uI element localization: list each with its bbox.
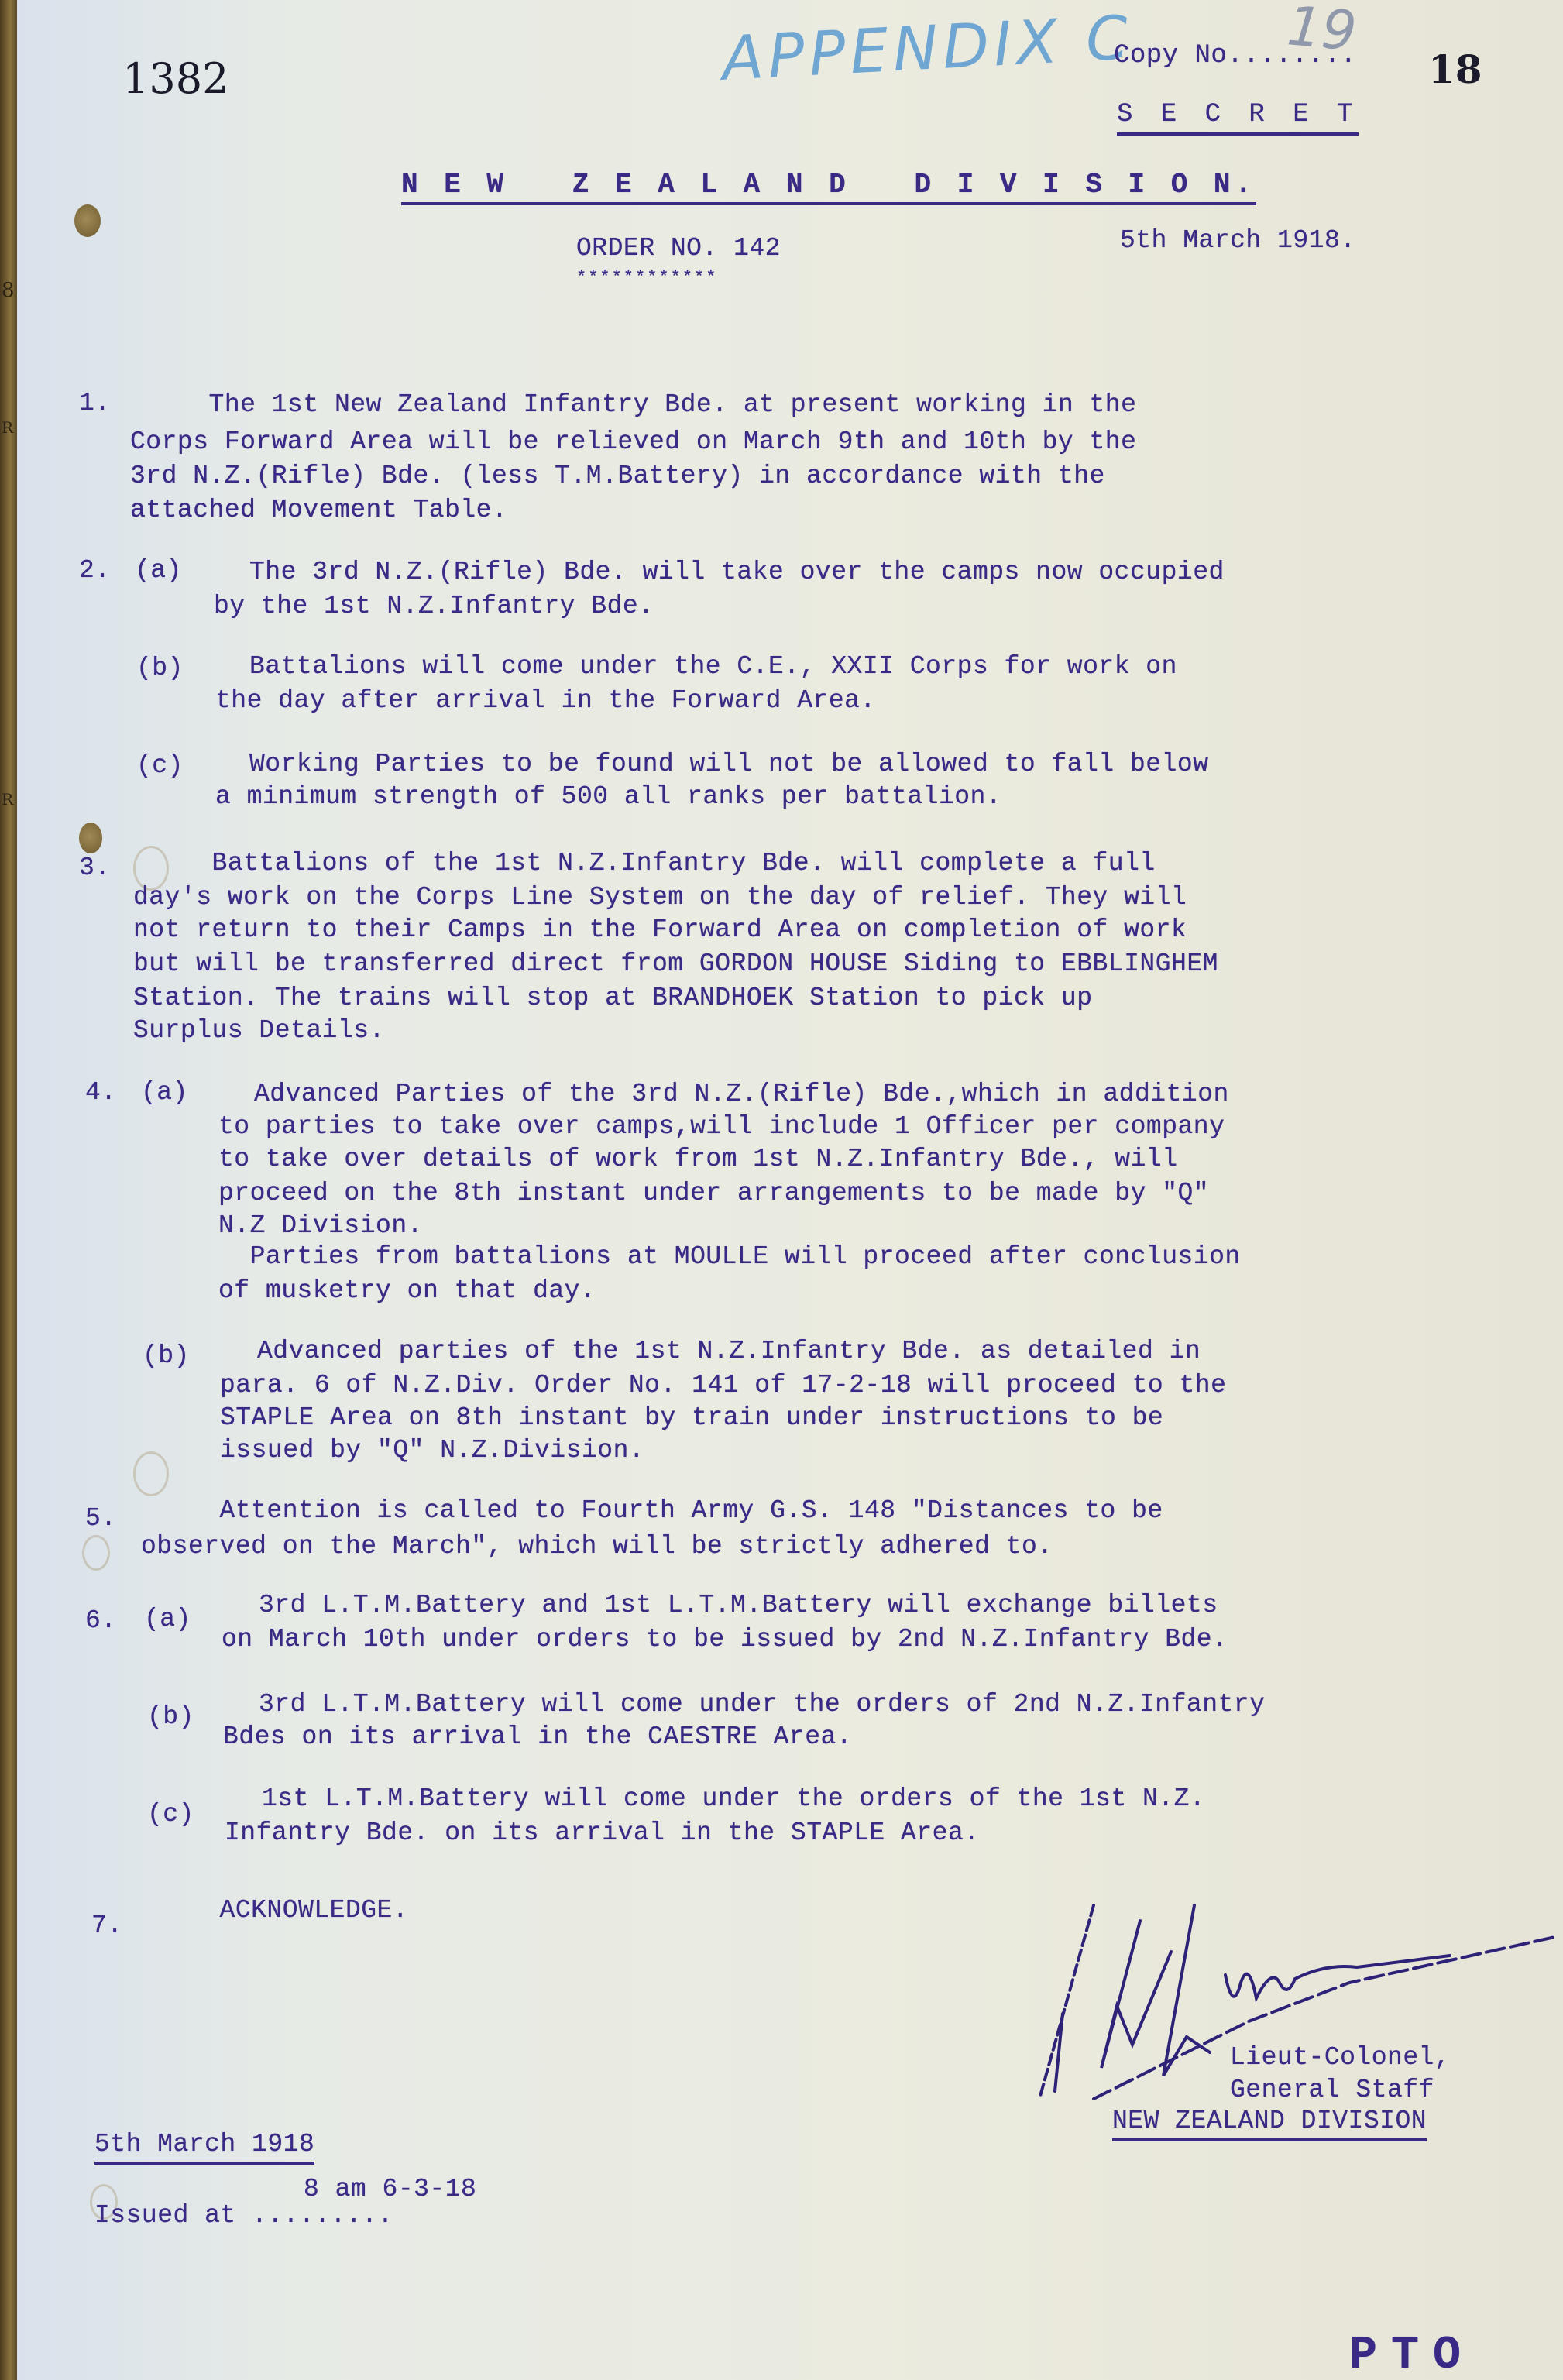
document-page: 1382 APPENDIX C Copy No........ 19 18 S … (17, 0, 1563, 2380)
para-4b-line: STAPLE Area on 8th instant by train unde… (220, 1402, 1163, 1434)
acknowledge-line: ACKNOWLEDGE. (141, 1894, 408, 1926)
punch-hole-ghost (82, 1535, 110, 1571)
para-1-line: 3rd N.Z.(Rifle) Bde. (less T.M.Battery) … (130, 460, 1105, 492)
para-3-line: day's work on the Corps Line System on t… (133, 881, 1187, 913)
para-6c-line: 1st L.T.M.Battery will come under the or… (262, 1783, 1205, 1815)
para-2a-line: by the 1st N.Z.Infantry Bde. (214, 590, 654, 622)
para-2a-line: The 3rd N.Z.(Rifle) Bde. will take over … (249, 556, 1225, 588)
copy-handwritten: 19 (1285, 0, 1359, 64)
margin-mark: R (2, 790, 13, 809)
binder-spine: 8 R R (0, 0, 17, 2380)
para-6b-line: Bdes on its arrival in the CAESTRE Area. (223, 1721, 852, 1753)
classification-secret: S E C R E T (1117, 99, 1359, 136)
para-2c-line: a minimum strength of 500 all ranks per … (215, 781, 1001, 812)
para-number: 7. (91, 1910, 123, 1942)
sub-label: (b) (147, 1701, 194, 1733)
signature-unit: NEW ZEALAND DIVISION (1112, 2105, 1427, 2141)
order-underline: ************ (576, 262, 717, 294)
para-3-line: not return to their Camps in the Forward… (133, 914, 1187, 946)
para-4b-line: issued by "Q" N.Z.Division. (220, 1434, 644, 1466)
sub-label: (c) (136, 750, 184, 781)
para-4a-line: N.Z Division. (218, 1210, 423, 1242)
signature-rank: Lieut-Colonel, (1230, 2042, 1450, 2073)
para-1-line: Corps Forward Area will be relieved on M… (130, 426, 1136, 458)
para-number: 6. (85, 1605, 117, 1636)
para-4a-line: to take over details of work from 1st N.… (218, 1143, 1178, 1175)
sub-label: (c) (147, 1798, 194, 1830)
para-number: 4. (85, 1077, 117, 1108)
para-4a-line: Advanced Parties of the 3rd N.Z.(Rifle) … (254, 1078, 1229, 1110)
division-title: N E W Z E A L A N D D I V I S I O N. (401, 169, 1256, 205)
para-4a-line: to parties to take over camps,will inclu… (218, 1111, 1225, 1142)
sub-label: (a) (141, 1077, 188, 1108)
order-date: 5th March 1918. (1120, 225, 1356, 256)
order-number: ORDER NO. 142 (576, 232, 781, 264)
para-5-line: Attention is called to Fourth Army G.S. … (141, 1495, 1163, 1527)
para-6a-line: on March 10th under orders to be issued … (222, 1623, 1228, 1655)
para-2b-line: the day after arrival in the Forward Are… (215, 685, 876, 716)
para-6b-line: 3rd L.T.M.Battery will come under the or… (259, 1688, 1265, 1720)
para-4b-line: para. 6 of N.Z.Div. Order No. 141 of 17-… (220, 1369, 1226, 1401)
para-5-line: observed on the March", which will be st… (141, 1530, 1053, 1562)
issued-label: Issued at ......... (94, 2200, 393, 2231)
sub-label: (a) (144, 1603, 191, 1635)
punch-hole (74, 204, 101, 237)
para-2c-line: Working Parties to be found will not be … (249, 748, 1209, 780)
pto-mark: PTO (1349, 2341, 1475, 2372)
para-1-line: The 1st New Zealand Infantry Bde. at pre… (130, 389, 1136, 421)
para-3-line: Battalions of the 1st N.Z.Infantry Bde. … (133, 847, 1156, 879)
para-4b-line: Advanced parties of the 1st N.Z.Infantry… (257, 1335, 1201, 1367)
appendix-annotation: APPENDIX C (720, 3, 1135, 94)
para-3-line: Surplus Details. (133, 1015, 385, 1046)
sub-label: (a) (135, 555, 182, 586)
para-3-line: Station. The trains will stop at BRANDHO… (133, 982, 1093, 1014)
para-4a-line: Parties from battalions at MOULLE will p… (218, 1241, 1241, 1272)
punch-hole-ghost (133, 1451, 169, 1496)
para-3-line: but will be transferred direct from GORD… (133, 948, 1218, 980)
margin-mark: 8 (2, 279, 15, 302)
footer-date: 5th March 1918 (94, 2128, 314, 2165)
para-4a-line: proceed on the 8th instant under arrange… (218, 1177, 1209, 1209)
para-number: 5. (85, 1503, 117, 1534)
para-1-line: attached Movement Table. (130, 494, 507, 526)
margin-mark: R (2, 418, 13, 437)
para-2b-line: Battalions will come under the C.E., XXI… (249, 651, 1177, 682)
copy-stamped-number: 18 (1428, 46, 1482, 92)
para-4a-line: of musketry on that day. (218, 1275, 596, 1307)
para-6c-line: Infantry Bde. on its arrival in the STAP… (225, 1817, 980, 1849)
sub-label: (b) (143, 1340, 190, 1372)
signature-role: General Staff (1230, 2074, 1434, 2106)
para-number: 3. (79, 852, 111, 884)
sub-label: (b) (136, 652, 184, 684)
punch-hole (79, 823, 102, 853)
para-6a-line: 3rd L.T.M.Battery and 1st L.T.M.Battery … (259, 1589, 1218, 1621)
para-number: 1. (79, 387, 111, 419)
page-number: 1382 (122, 54, 228, 103)
para-number: 2. (79, 555, 111, 586)
